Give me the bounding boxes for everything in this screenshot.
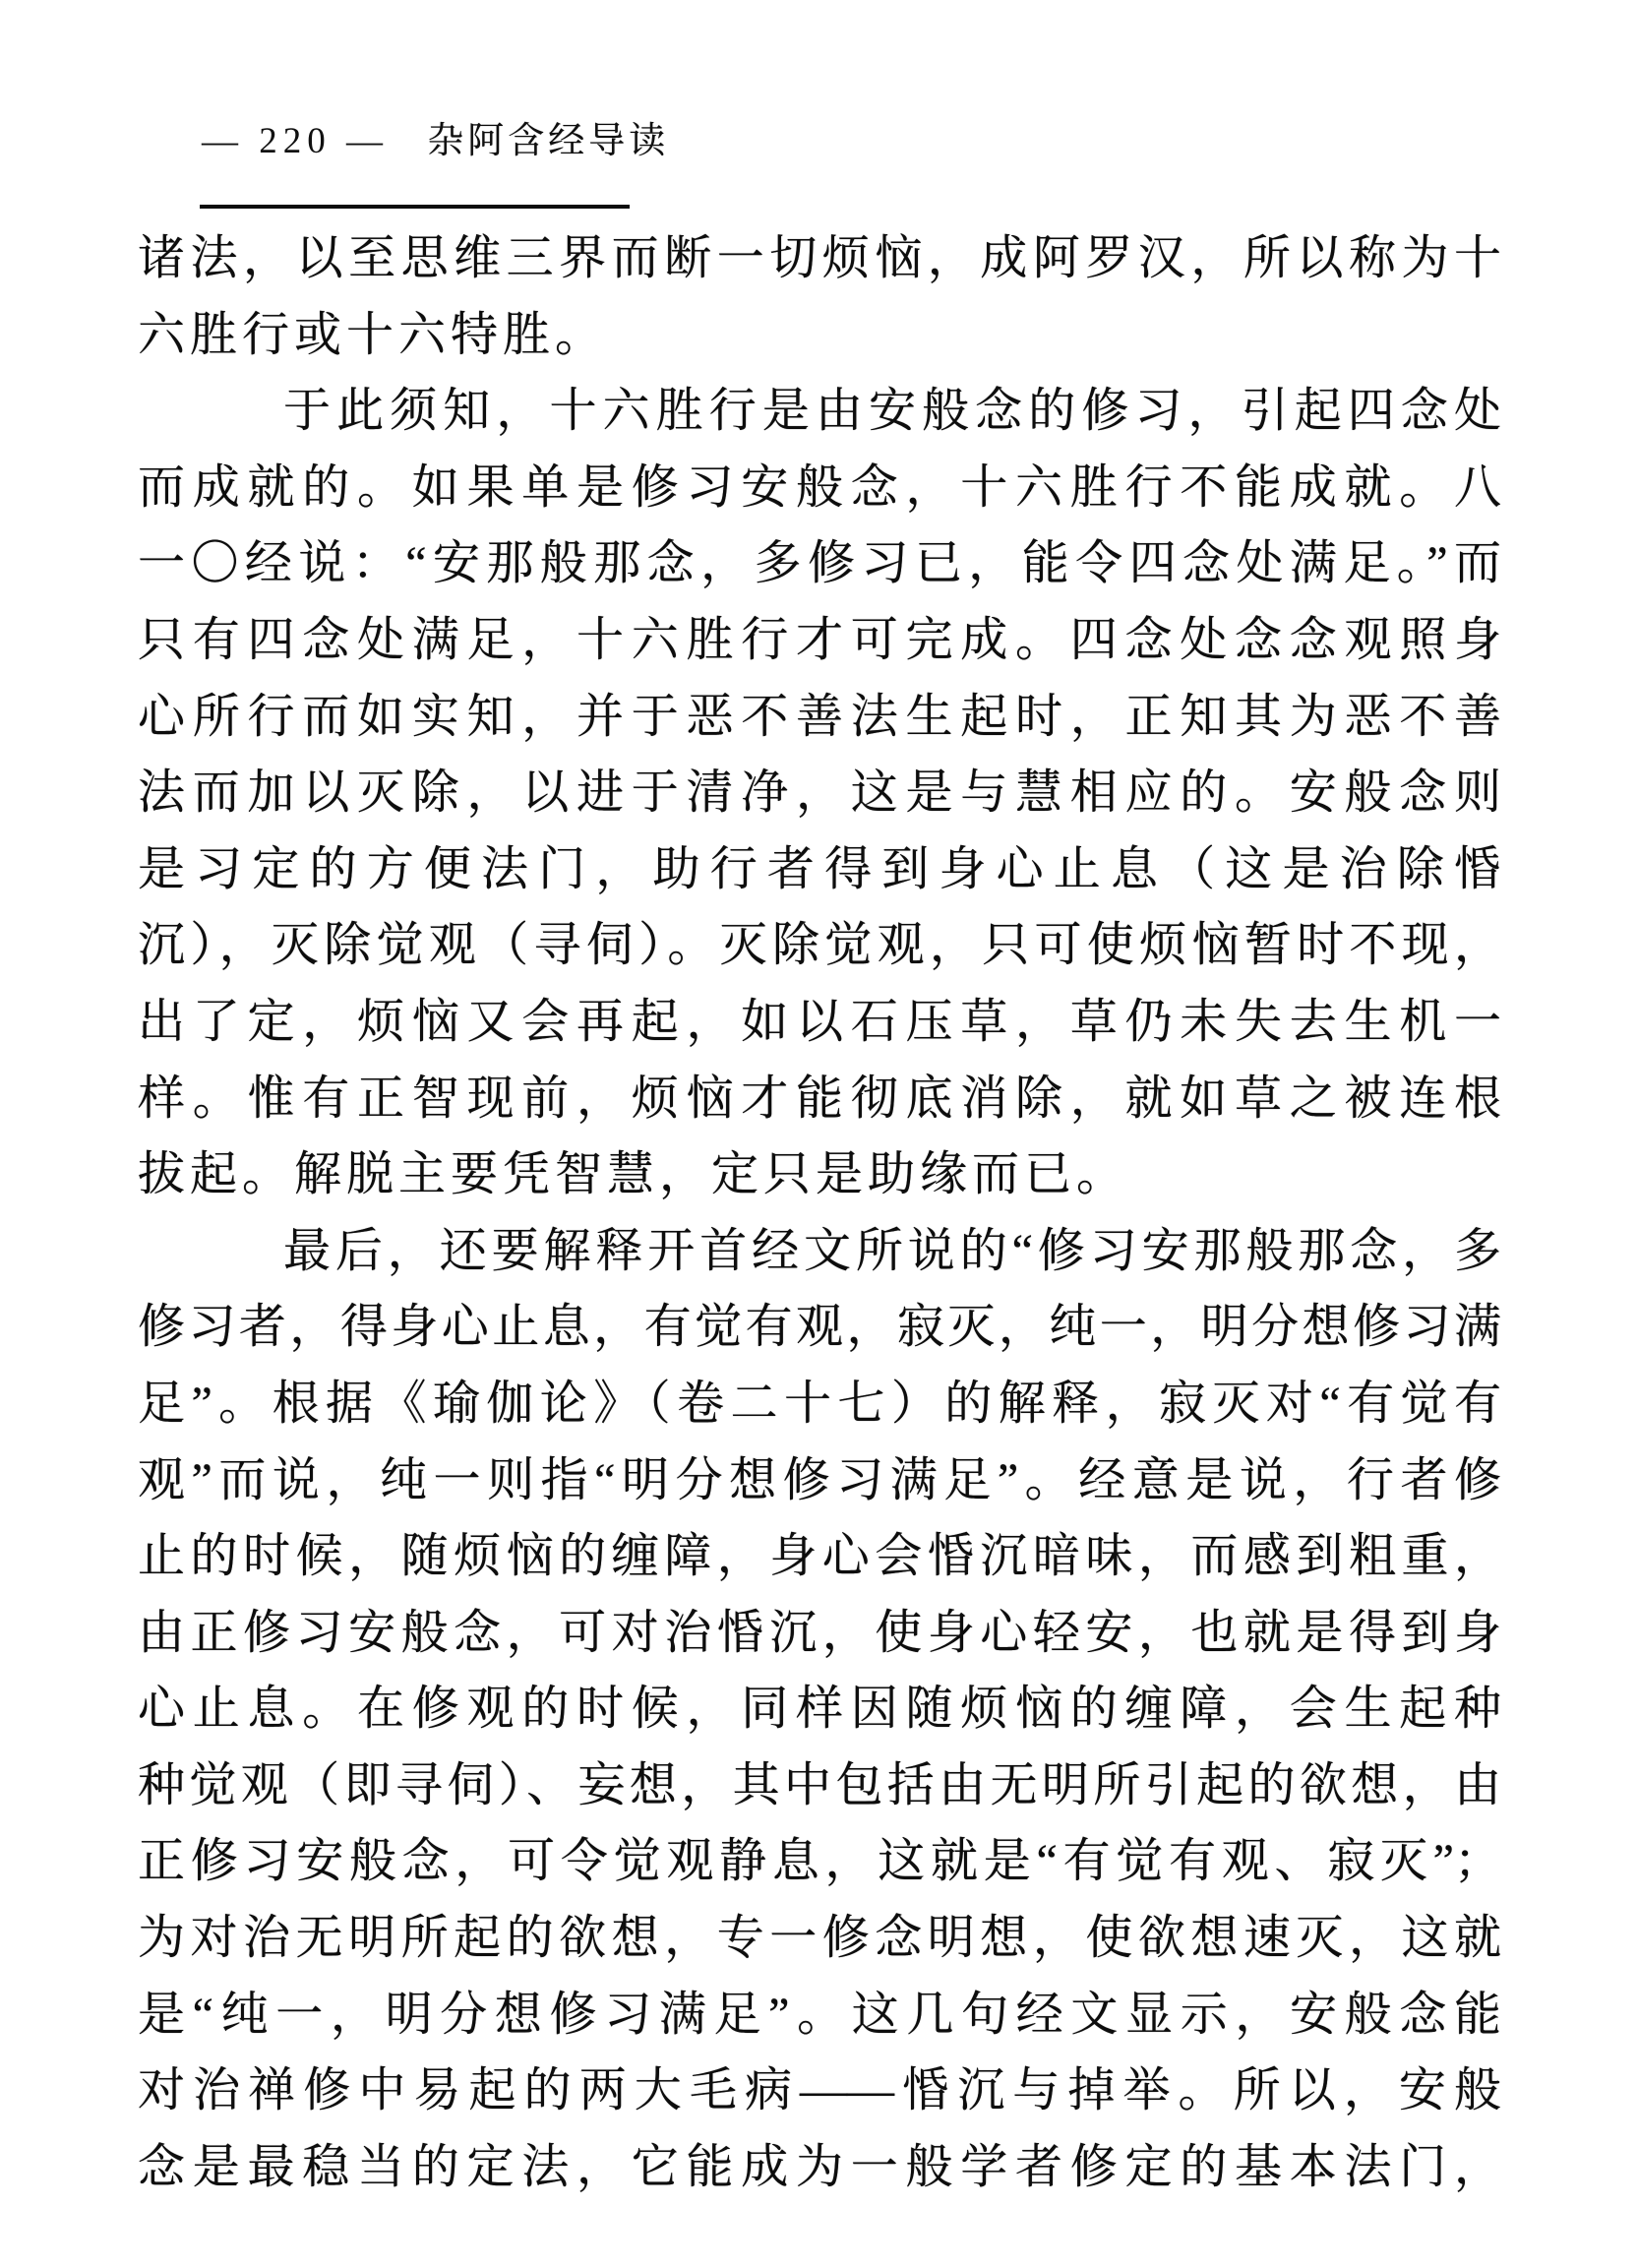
text-line: 心所行而如实知，并于恶不善法生起时，正知其为恶不善 — [138, 679, 1501, 756]
text-line: 出了定，烦恼又会再起，如以石压草，草仍未失去生机一 — [138, 984, 1501, 1061]
text-line: 六胜行或十六特胜。 — [138, 297, 1501, 374]
page-header: — 220 — 杂阿含经导读 — [202, 110, 669, 163]
text-line: 法而加以灭除，以进于清净，这是与慧相应的。安般念则 — [138, 755, 1501, 831]
text-line: 是“纯一，明分想修习满足”。这几句经文显示，安般念能 — [138, 1977, 1501, 2053]
page-number: — 220 — — [202, 121, 389, 161]
text-line: 诸法，以至思维三界而断一切烦恼，成阿罗汉，所以称为十 — [138, 220, 1501, 297]
text-line: 念是最稳当的定法，它能成为一般学者修定的基本法门， — [138, 2129, 1501, 2206]
text-line: 观”而说，纯一则指“明分想修习满足”。经意是说，行者修 — [138, 1442, 1501, 1519]
text-line: 沉），灭除觉观（寻伺）。灭除觉观，只可使烦恼暂时不现， — [138, 907, 1501, 984]
text-line: 样。惟有正智现前，烦恼才能彻底消除，就如草之被连根 — [138, 1061, 1501, 1137]
text-line: 对治禅修中易起的两大毛病——惛沉与掉举。所以，安般 — [138, 2053, 1501, 2129]
text-line: 正修习安般念，可令觉观静息，这就是“有觉有观、寂灭”； — [138, 1823, 1501, 1900]
running-title: 杂阿含经导读 — [427, 121, 669, 161]
text-line: 为对治无明所起的欲想，专一修念明想，使欲想速灭，这就 — [138, 1900, 1501, 1977]
text-line: 止的时候，随烦恼的缠障，身心会惛沉暗味，而感到粗重， — [138, 1518, 1501, 1595]
text-line: 是习定的方便法门，助行者得到身心止息（这是治除惛 — [138, 831, 1501, 908]
text-line: 心止息。在修观的时候，同样因随烦恼的缠障，会生起种 — [138, 1671, 1501, 1747]
text-line: 足”。根据《瑜伽论》（卷二十七）的解释，寂灭对“有觉有 — [138, 1366, 1501, 1442]
text-line: 而成就的。如果单是修习安般念，十六胜行不能成就。八 — [138, 450, 1501, 526]
text-line: 于此须知，十六胜行是由安般念的修习，引起四念处 — [138, 373, 1501, 450]
body-text: 诸法，以至思维三界而断一切烦恼，成阿罗汉，所以称为十六胜行或十六特胜。于此须知，… — [138, 220, 1501, 2205]
text-line: 只有四念处满足，十六胜行才可完成。四念处念念观照身 — [138, 602, 1501, 679]
text-line: 种觉观（即寻伺）、妄想，其中包括由无明所引起的欲想，由 — [138, 1747, 1501, 1824]
header-underline — [200, 205, 630, 209]
text-line: 由正修习安般念，可对治惛沉，使身心轻安，也就是得到身 — [138, 1595, 1501, 1672]
text-line: 一〇经说：“安那般那念，多修习已，能令四念处满足。”而 — [138, 525, 1501, 602]
text-line: 拔起。解脱主要凭智慧，定只是助缘而已。 — [138, 1136, 1501, 1213]
book-page: — 220 — 杂阿含经导读 诸法，以至思维三界而断一切烦恼，成阿罗汉，所以称为… — [0, 0, 1637, 2268]
text-line: 最后，还要解释开首经文所说的“修习安那般那念，多 — [138, 1213, 1501, 1290]
text-line: 修习者，得身心止息，有觉有观，寂灭，纯一，明分想修习满 — [138, 1289, 1501, 1366]
